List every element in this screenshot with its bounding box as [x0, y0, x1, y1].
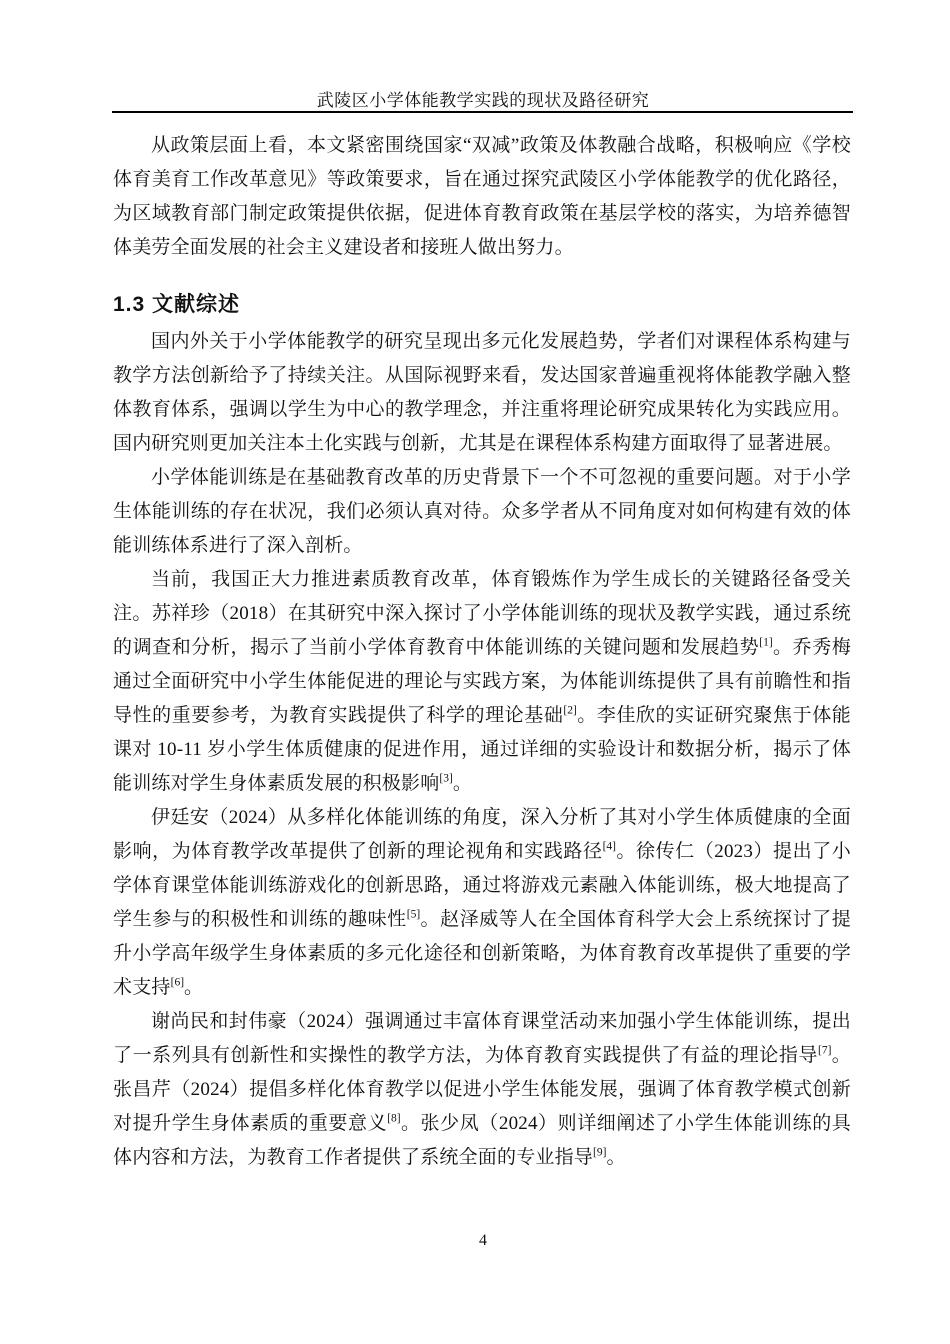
citation-ref: [9] [593, 1147, 606, 1159]
citation-ref: [6] [171, 977, 184, 989]
citation-ref: [5] [407, 909, 420, 921]
citation-ref: [1] [759, 637, 772, 649]
page-footer: 4 [113, 1230, 853, 1252]
running-header: 武陵区小学体能教学实践的现状及路径研究 [113, 86, 853, 111]
running-header-title: 武陵区小学体能教学实践的现状及路径研究 [317, 91, 650, 110]
citation-ref: [7] [818, 1045, 831, 1057]
text-run: 国内外关于小学体能教学的研究呈现出多元化发展趋势，学者们对课程体系构建与教学方法… [113, 331, 851, 454]
text-run: 从政策层面上看，本文紧密围绕国家“双减”政策及体教融合战略，积极响应《学校体育美… [113, 135, 851, 258]
text-run: 谢尚民和封伟豪（2024）强调通过丰富体育课堂活动来加强小学生体能训练，提出了一… [113, 1011, 851, 1066]
section-heading: 1.3 文献综述 [113, 291, 851, 319]
paragraph: 从政策层面上看，本文紧密围绕国家“双减”政策及体教融合战略，积极响应《学校体育美… [113, 129, 851, 265]
paragraph: 谢尚民和封伟豪（2024）强调通过丰富体育课堂活动来加强小学生体能训练，提出了一… [113, 1005, 851, 1175]
citation-ref: [2] [563, 705, 576, 717]
text-run: 。 [453, 773, 472, 794]
document-page: 武陵区小学体能教学实践的现状及路径研究 从政策层面上看，本文紧密围绕国家“双减”… [0, 0, 950, 1344]
header-rule [112, 111, 853, 113]
citation-ref: [4] [603, 841, 616, 853]
citation-ref: [8] [387, 1113, 400, 1125]
document-body: 从政策层面上看，本文紧密围绕国家“双减”政策及体教融合战略，积极响应《学校体育美… [113, 129, 851, 1175]
paragraph: 伊廷安（2024）从多样化体能训练的角度，深入分析了其对小学生体质健康的全面影响… [113, 801, 851, 1005]
paragraph: 小学体能训练是在基础教育改革的历史背景下一个不可忽视的重要问题。对于小学生体能训… [113, 461, 851, 563]
text-run: 小学体能训练是在基础教育改革的历史背景下一个不可忽视的重要问题。对于小学生体能训… [113, 467, 851, 556]
paragraph: 国内外关于小学体能教学的研究呈现出多元化发展趋势，学者们对课程体系构建与教学方法… [113, 325, 851, 461]
paragraph: 当前，我国正大力推进素质教育改革，体育锻炼作为学生成长的关键路径备受关注。苏祥珍… [113, 563, 851, 801]
text-run: 。 [184, 977, 203, 998]
text-run: 。 [606, 1147, 625, 1168]
citation-ref: [3] [439, 773, 452, 785]
text-run: 当前，我国正大力推进素质教育改革，体育锻炼作为学生成长的关键路径备受关注。苏祥珍… [113, 569, 851, 658]
page-number: 4 [479, 1232, 487, 1249]
